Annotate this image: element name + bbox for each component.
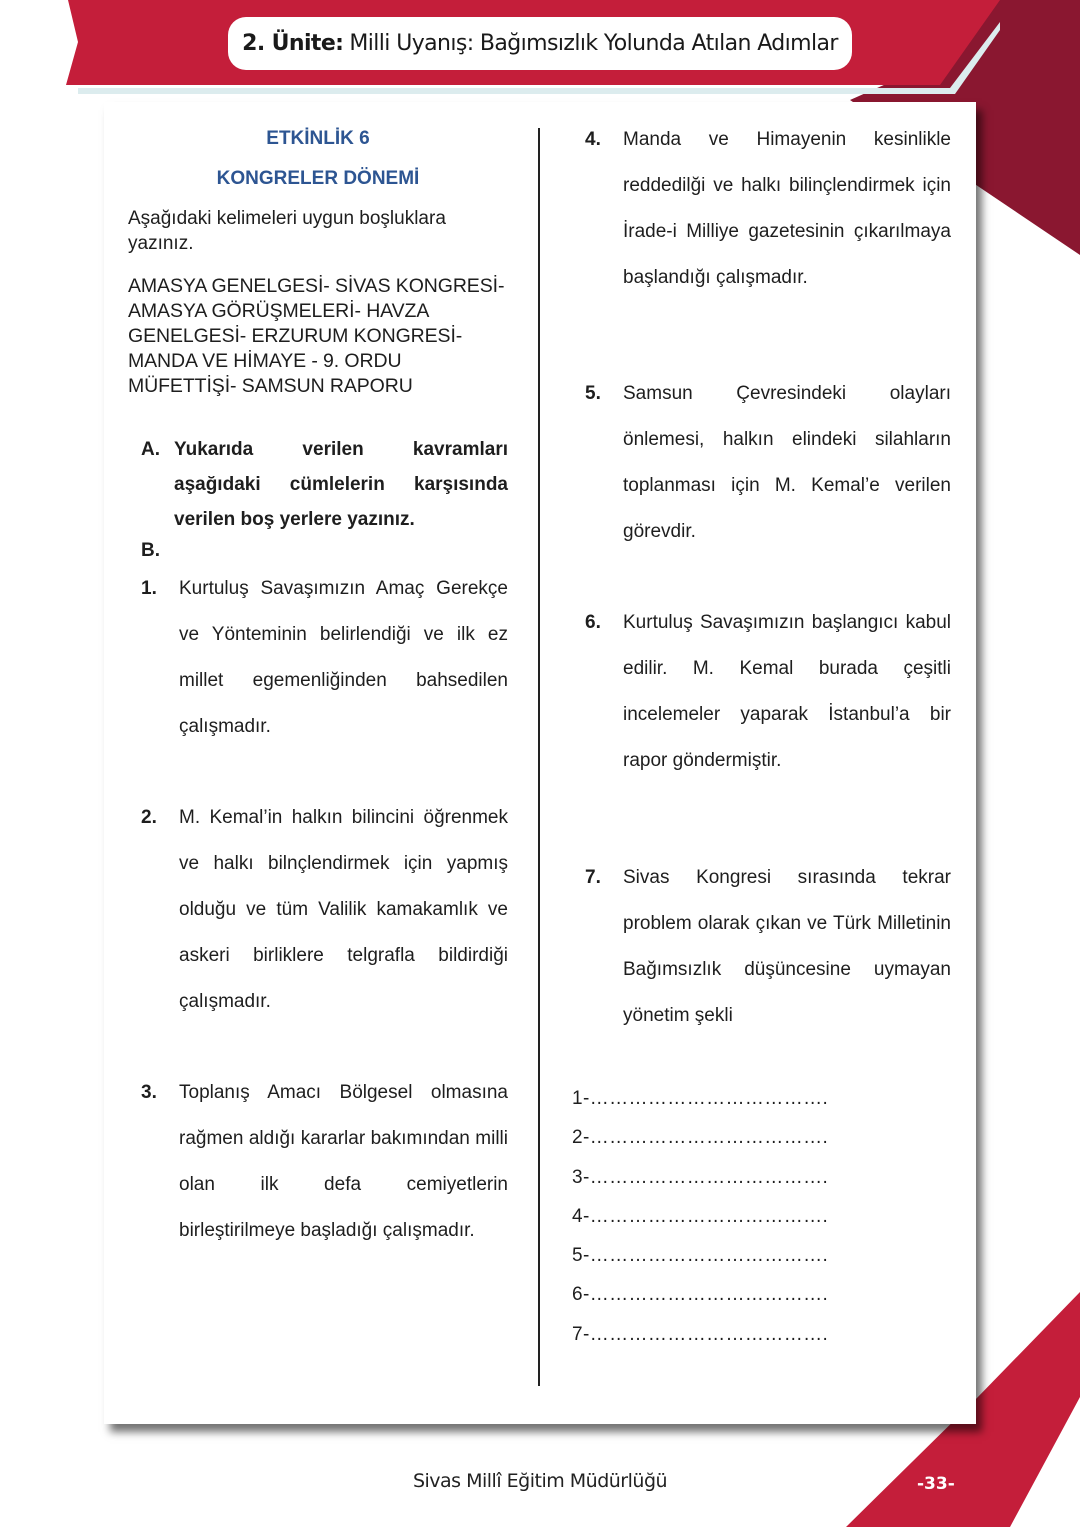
question-text: Kurtuluş Savaşımızın Amaç Gerekçe ve Yön… bbox=[179, 566, 508, 750]
answer-line-2[interactable]: 2-………………………………. bbox=[572, 1127, 828, 1166]
question-number: 3. bbox=[141, 1070, 157, 1116]
question-text: Samsun Çevresindeki olayları önlemesi, h… bbox=[623, 371, 951, 555]
question-number: 4. bbox=[585, 117, 601, 163]
question-text: Manda ve Himayenin kesinlikle reddedilği… bbox=[623, 117, 951, 301]
instruction-a: A. Yukarıda verilen kavramları aşağıdaki… bbox=[141, 432, 508, 537]
answer-line-5[interactable]: 5-………………………………. bbox=[572, 1245, 828, 1284]
activity-intro: Aşağıdaki kelimeleri uygun boşluklara ya… bbox=[128, 206, 498, 256]
answer-line-6[interactable]: 6-………………………………. bbox=[572, 1284, 828, 1323]
question-text: Toplanış Amacı Bölgesel olmasına rağmen … bbox=[179, 1070, 508, 1254]
answer-line-4[interactable]: 4-………………………………. bbox=[572, 1206, 828, 1245]
answer-label: 2- bbox=[572, 1127, 590, 1148]
word-bank: AMASYA GENELGESİ- SİVAS KONGRESİ- AMASYA… bbox=[128, 274, 508, 399]
answer-blank[interactable]: ………………………………. bbox=[590, 1167, 828, 1188]
instruction-a-label: A. bbox=[141, 432, 160, 467]
question-number: 1. bbox=[141, 566, 157, 612]
answer-label: 4- bbox=[572, 1206, 590, 1227]
unit-label: 2. Ünite: bbox=[242, 31, 343, 56]
answer-blank[interactable]: ………………………………. bbox=[590, 1088, 828, 1109]
unit-title-banner: 2. Ünite: Milli Uyanış: Bağımsızlık Yolu… bbox=[228, 17, 852, 70]
answer-label: 7- bbox=[572, 1324, 590, 1345]
activity-title: ETKİNLİK 6 bbox=[128, 128, 508, 150]
unit-title: Milli Uyanış: Bağımsızlık Yolunda Atılan… bbox=[349, 31, 837, 56]
answer-label: 5- bbox=[572, 1245, 590, 1266]
instruction-b-label: B. bbox=[141, 540, 160, 562]
answer-blank[interactable]: ………………………………. bbox=[590, 1245, 828, 1266]
column-divider bbox=[538, 128, 540, 1386]
answer-line-3[interactable]: 3-………………………………. bbox=[572, 1167, 828, 1206]
answer-blank[interactable]: ………………………………. bbox=[590, 1127, 828, 1148]
question-number: 6. bbox=[585, 600, 601, 646]
answer-blank[interactable]: ………………………………. bbox=[590, 1284, 828, 1305]
answer-label: 1- bbox=[572, 1088, 590, 1109]
activity-subtitle: KONGRELER DÖNEMİ bbox=[128, 168, 508, 190]
question-number: 7. bbox=[585, 855, 601, 901]
answer-list: 1-………………………………. 2-………………………………. 3-………………… bbox=[572, 1088, 828, 1363]
instruction-a-text: Yukarıda verilen kavramları aşağıdaki cü… bbox=[174, 432, 508, 537]
question-text: Sivas Kongresi sırasında tekrar problem … bbox=[623, 855, 951, 1039]
answer-line-1[interactable]: 1-………………………………. bbox=[572, 1088, 828, 1127]
question-number: 2. bbox=[141, 795, 157, 841]
answer-label: 6- bbox=[572, 1284, 590, 1305]
question-number: 5. bbox=[585, 371, 601, 417]
answer-blank[interactable]: ………………………………. bbox=[590, 1324, 828, 1345]
question-text: M. Kemal’in halkın bilincini öğrenmek ve… bbox=[179, 795, 508, 1025]
answer-line-7[interactable]: 7-………………………………. bbox=[572, 1324, 828, 1363]
answer-blank[interactable]: ………………………………. bbox=[590, 1206, 828, 1227]
page-number: -33- bbox=[917, 1474, 955, 1494]
answer-label: 3- bbox=[572, 1167, 590, 1188]
question-text: Kurtuluş Savaşımızın başlangıcı kabul ed… bbox=[623, 600, 951, 784]
